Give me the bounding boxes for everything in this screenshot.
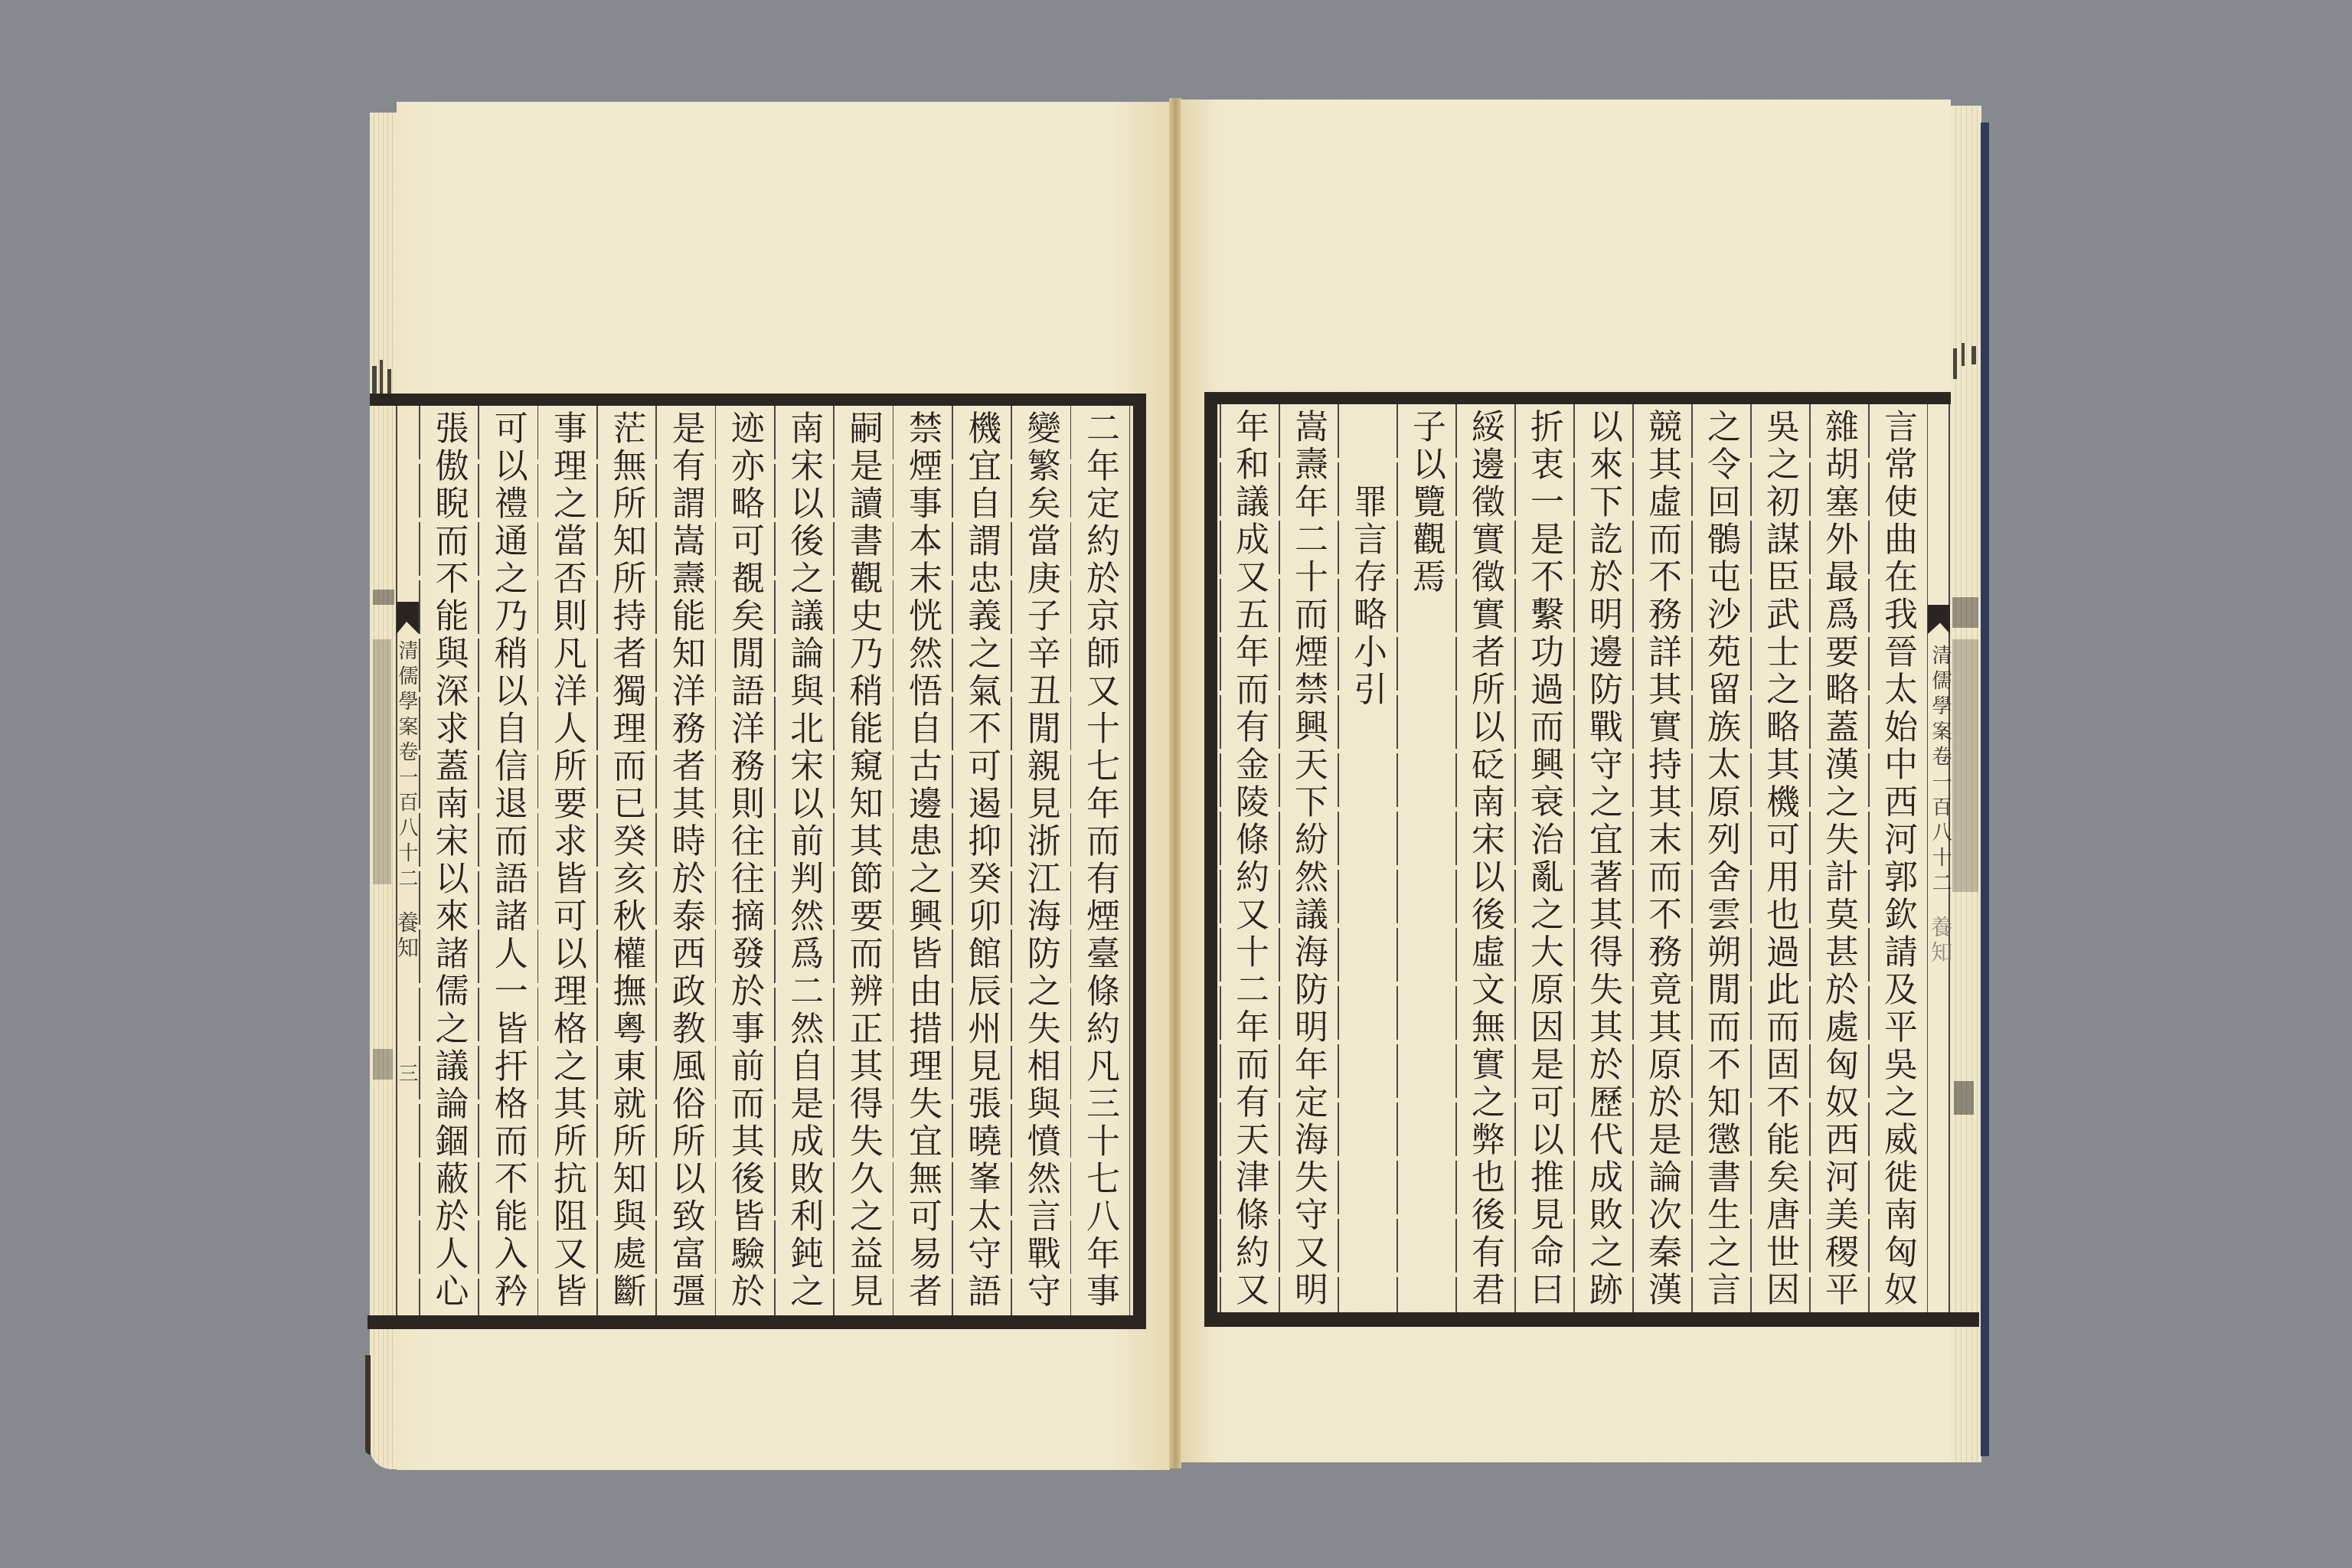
column-text: 機宜自謂忠義之氣不可遏抑癸卯館辰州見張曉峯太守語 [952, 406, 1011, 1315]
column-text: 嵩燾年二十而煙禁興天下紛然議海防明年定海失守又明 [1279, 404, 1338, 1312]
leaf-edge-mark [1962, 343, 1965, 366]
column-text: 折衷一是不繫功過而興衰治亂之大原因是可以推見命曰 [1514, 404, 1573, 1312]
text-column: 茫無所知所持者獨理而已癸亥秋權撫粵東就所知與處斷 [596, 406, 655, 1315]
leaf-edge-mark [1954, 1081, 1974, 1115]
text-column: 年和議成又五年而有金陵條約又十二年而有天津條約又 [1220, 404, 1279, 1312]
right-margin-section: 養知 [1929, 916, 1952, 966]
leaf-edge-mark [380, 360, 383, 394]
leaf-edge-mark [1953, 348, 1957, 379]
right-cover-edge [1981, 122, 1989, 1456]
text-column: 之令回鶻屯沙苑留族太原列舍雲朔閒而不知懲書生之言 [1691, 404, 1750, 1312]
column-text: 茫無所知所持者獨理而已癸亥秋權撫粵東就所知與處斷 [596, 406, 655, 1315]
left-margin-section: 養知 [395, 911, 418, 962]
text-column: 嵩燾年二十而煙禁興天下紛然議海防明年定海失守又明 [1279, 404, 1338, 1312]
text-column: 可以禮通之乃稍以自信退而語諸人一皆扞格而不能入矜 [478, 406, 537, 1315]
text-column: 折衷一是不繫功過而興衰治亂之大原因是可以推見命曰 [1514, 404, 1573, 1312]
text-column: 南宋以後之議論與北宋以前判然爲二然自是成敗利鈍之 [774, 406, 833, 1315]
text-column: 是有謂嵩燾能知洋務者其時於泰西政教風俗所以致富彊 [655, 406, 714, 1315]
column-text: 迹亦略可覩矣閒語洋務則往往摘發於事前而其後皆驗於 [715, 406, 774, 1315]
leaf-edge-mark [1952, 639, 1978, 892]
column-text: 事理之當否則凡洋人所要求皆可以理格之其所抗阻又皆 [537, 406, 596, 1315]
text-column: 嗣是讀書觀史乃稍能窺知其節要而辨正其得失久之益見 [833, 406, 892, 1315]
text-column: 言常使曲在我晉太始中西河郭欽請及平吳之威徙南匈奴 [1868, 404, 1927, 1312]
text-column: 事理之當否則凡洋人所要求皆可以理格之其所抗阻又皆 [537, 406, 596, 1315]
right-margin-title: 清儒學案卷一百八十二 [1929, 645, 1952, 897]
column-text: 子以覽觀焉 [1396, 404, 1455, 1312]
column-text: 言常使曲在我晉太始中西河郭欽請及平吳之威徙南匈奴 [1868, 404, 1927, 1312]
section-heading: 罪言存略小引 [1338, 404, 1396, 1312]
column-text: 是有謂嵩燾能知洋務者其時於泰西政教風俗所以致富彊 [655, 406, 714, 1315]
column-text: 之令回鶻屯沙苑留族太原列舍雲朔閒而不知懲書生之言 [1691, 404, 1750, 1312]
leaf-edge-mark [373, 590, 394, 605]
left-frame-right-border [1133, 394, 1146, 1329]
leaf-edge-mark [1971, 346, 1976, 364]
left-text-columns: 二年定約於京師又十七年而有煙臺條約凡三十七八年事 變繁矣當庚子辛丑閒親見浙江海防… [419, 406, 1130, 1315]
right-frame-left-border [1204, 392, 1217, 1327]
text-column: 變繁矣當庚子辛丑閒親見浙江海防之失相與憤然言戰守 [1011, 406, 1070, 1315]
column-text: 年和議成又五年而有金陵條約又十二年而有天津條約又 [1220, 404, 1279, 1312]
text-column: 雜胡塞外最爲要略蓋漢之失計莫甚於處匈奴西河美稷平 [1809, 404, 1868, 1312]
column-text: 競其虛而不務詳其實持其末而不務竟其原於是論次秦漢 [1632, 404, 1691, 1312]
text-column: 以來下訖於明邊防戰守之宜著其得失其於歷代成敗之跡 [1573, 404, 1632, 1312]
text-column: 子以覽觀焉 [1396, 404, 1455, 1312]
column-text: 變繁矣當庚子辛丑閒親見浙江海防之失相與憤然言戰守 [1011, 406, 1070, 1315]
leaf-edge-mark [387, 369, 391, 394]
right-frame-bottom-border [1204, 1312, 1979, 1327]
column-text: 二年定約於京師又十七年而有煙臺條約凡三十七八年事 [1070, 406, 1129, 1315]
column-text: 吳之初謀臣武士之略其機可用也過此而固不能矣唐世因 [1750, 404, 1809, 1312]
column-text: 可以禮通之乃稍以自信退而語諸人一皆扞格而不能入矜 [478, 406, 537, 1315]
column-text: 禁煙事本末恍然悟自古邊患之興皆由措理失宜無可易者 [893, 406, 952, 1315]
text-column: 二年定約於京師又十七年而有煙臺條約凡三十七八年事 [1070, 406, 1129, 1315]
left-margin-title: 清儒學案卷一百八十二 [395, 640, 418, 893]
text-column: 張傲睨而不能與深求蓋南宋以來諸儒之議論錮蔽於人心 [419, 406, 478, 1315]
column-text: 嗣是讀書觀史乃稍能窺知其節要而辨正其得失久之益見 [833, 406, 892, 1315]
text-column: 迹亦略可覩矣閒語洋務則往往摘發於事前而其後皆驗於 [715, 406, 774, 1315]
leaf-edge-mark [372, 366, 377, 394]
column-text: 綏邊徵實徵實者所以砭南宋以後虛文無實之弊也後有君 [1455, 404, 1514, 1312]
text-column: 綏邊徵實徵實者所以砭南宋以後虛文無實之弊也後有君 [1455, 404, 1514, 1312]
right-text-columns: 言常使曲在我晉太始中西河郭欽請及平吳之威徙南匈奴 雜胡塞外最爲要略蓋漢之失計莫甚… [1223, 404, 1928, 1312]
leaf-edge-mark [373, 639, 391, 884]
leaf-edge-mark [373, 1049, 393, 1080]
column-text: 雜胡塞外最爲要略蓋漢之失計莫甚於處匈奴西河美稷平 [1809, 404, 1868, 1312]
text-column: 機宜自謂忠義之氣不可遏抑癸卯館辰州見張曉峯太守語 [952, 406, 1011, 1315]
left-page-number: 三 [395, 1063, 418, 1088]
book-gutter [1169, 98, 1181, 1468]
leaf-edge-mark [1952, 597, 1978, 628]
text-column: 禁煙事本末恍然悟自古邊患之興皆由措理失宜無可易者 [893, 406, 952, 1315]
column-text: 南宋以後之議論與北宋以前判然爲二然自是成敗利鈍之 [774, 406, 833, 1315]
column-text: 張傲睨而不能與深求蓋南宋以來諸儒之議論錮蔽於人心 [419, 406, 478, 1315]
left-cover-edge [365, 1355, 371, 1455]
column-text: 以來下訖於明邊防戰守之宜著其得失其於歷代成敗之跡 [1573, 404, 1632, 1312]
text-column: 競其虛而不務詳其實持其末而不務竟其原於是論次秦漢 [1632, 404, 1691, 1312]
left-frame-top-border [370, 394, 1146, 406]
text-column: 吳之初謀臣武士之略其機可用也過此而固不能矣唐世因 [1750, 404, 1809, 1312]
section-heading-column: 罪言存略小引 [1338, 404, 1396, 1312]
left-frame-bottom-border [367, 1315, 1146, 1329]
right-frame-top-border [1204, 392, 1951, 404]
